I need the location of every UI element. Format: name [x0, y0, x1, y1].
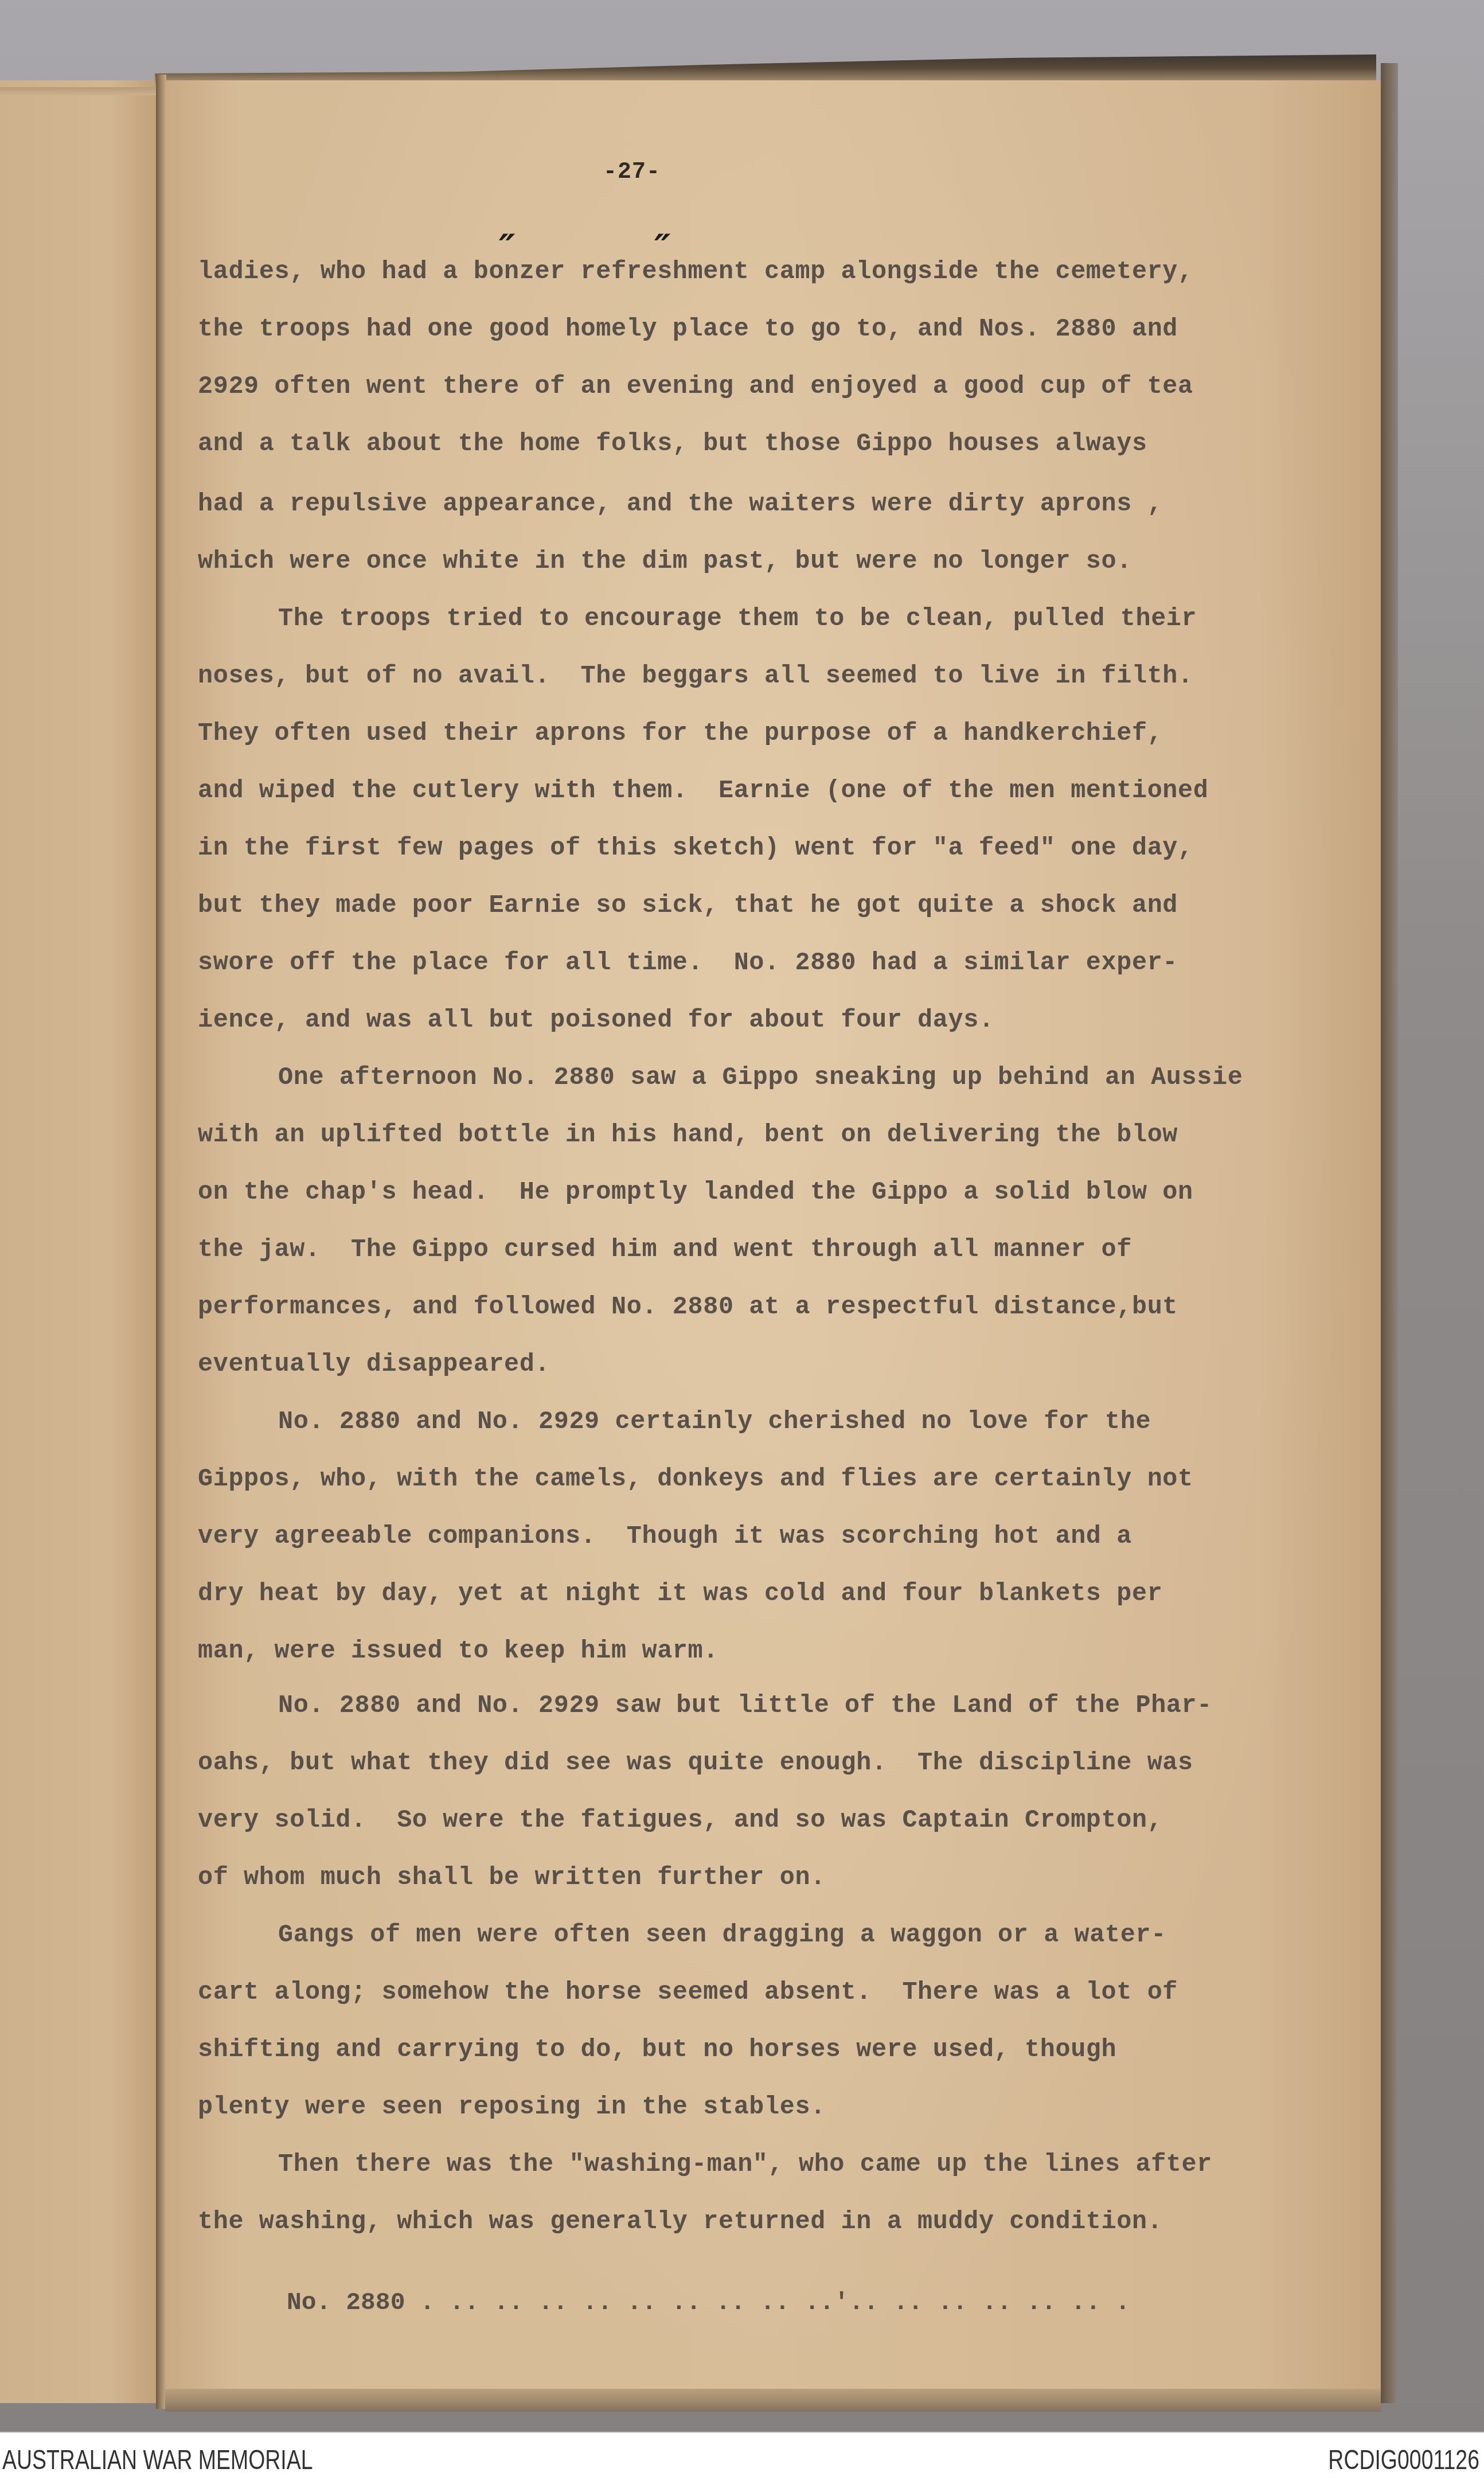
- continuation-line: No. 2880 . .. .. .. .. .. .. .. .. ..'..…: [287, 2288, 1130, 2317]
- text-line: performances, and followed No. 2880 at a…: [198, 1293, 1178, 1321]
- text-line: swore off the place for all time. No. 28…: [198, 949, 1178, 977]
- text-line: ience, and was all but poisoned for abou…: [198, 1007, 994, 1035]
- book-spine: [156, 75, 166, 2409]
- text-line: Gippos, who, with the camels, donkeys an…: [198, 1465, 1193, 1493]
- text-line: shifting and carrying to do, but no hors…: [198, 2036, 1116, 2064]
- text-line: which were once white in the dim past, b…: [198, 548, 1132, 576]
- page-number: -27-: [603, 159, 661, 185]
- text-line: One afternoon No. 2880 saw a Gippo sneak…: [278, 1064, 1243, 1092]
- caption-bar: AUSTRALIAN WAR MEMORIAL RCDIG0001126: [0, 2432, 1484, 2488]
- text-line: plenty were seen reposing in the stables…: [198, 2093, 826, 2122]
- text-line: on the chap's head. He promptly landed t…: [198, 1179, 1193, 1207]
- text-line: eventually disappeared.: [198, 1351, 550, 1379]
- text-line: very agreeable companions. Though it was…: [198, 1523, 1132, 1551]
- text-line: the washing, which was generally returne…: [198, 2208, 1162, 2236]
- text-line: dry heat by day, yet at night it was col…: [198, 1580, 1162, 1608]
- text-line: and wiped the cutlery with them. Earnie …: [198, 777, 1208, 805]
- scanned-document-image: -27- ″ ″ ladies, who had a bonzer refres…: [0, 0, 1484, 2432]
- text-line: man, were issued to keep him warm.: [198, 1637, 718, 1666]
- text-line: ladies, who had a bonzer refreshment cam…: [198, 258, 1193, 286]
- text-line: oahs, but what they did see was quite en…: [198, 1749, 1193, 1777]
- institution-label: AUSTRALIAN WAR MEMORIAL: [2, 2444, 313, 2476]
- text-line: They often used their aprons for the pur…: [198, 720, 1162, 748]
- text-line: of whom much shall be written further on…: [198, 1864, 826, 1892]
- text-line: with an uplifted bottle in his hand, ben…: [198, 1121, 1178, 1149]
- text-line: in the first few pages of this sketch) w…: [198, 834, 1193, 863]
- text-line: had a repulsive appearance, and the wait…: [198, 490, 1162, 518]
- text-line: Then there was the "washing-man", who ca…: [278, 2151, 1212, 2179]
- text-line: No. 2880 and No. 2929 certainly cherishe…: [278, 1408, 1151, 1436]
- text-line: Gangs of men were often seen dragging a …: [278, 1921, 1166, 1949]
- text-line: The troops tried to encourage them to be…: [278, 605, 1197, 633]
- text-line: 2929 often went there of an evening and …: [198, 373, 1193, 401]
- text-line: noses, but of no avail. The beggars all …: [198, 662, 1193, 691]
- left-page: [0, 80, 158, 2403]
- page-stack-right-edge: [1381, 63, 1398, 2403]
- text-line: but they made poor Earnie so sick, that …: [198, 892, 1178, 920]
- text-line: and a talk about the home folks, but tho…: [198, 430, 1147, 458]
- record-id-label: RCDIG0001126: [1328, 2444, 1479, 2476]
- text-line: the troops had one good homely place to …: [198, 315, 1178, 344]
- text-line: the jaw. The Gippo cursed him and went t…: [198, 1236, 1132, 1264]
- page-stack-bottom-edge: [165, 2389, 1381, 2412]
- text-line: cart along; somehow the horse seemed abs…: [198, 1979, 1178, 2007]
- text-line: very solid. So were the fatigues, and so…: [198, 1807, 1162, 1835]
- text-line: No. 2880 and No. 2929 saw but little of …: [278, 1692, 1212, 1720]
